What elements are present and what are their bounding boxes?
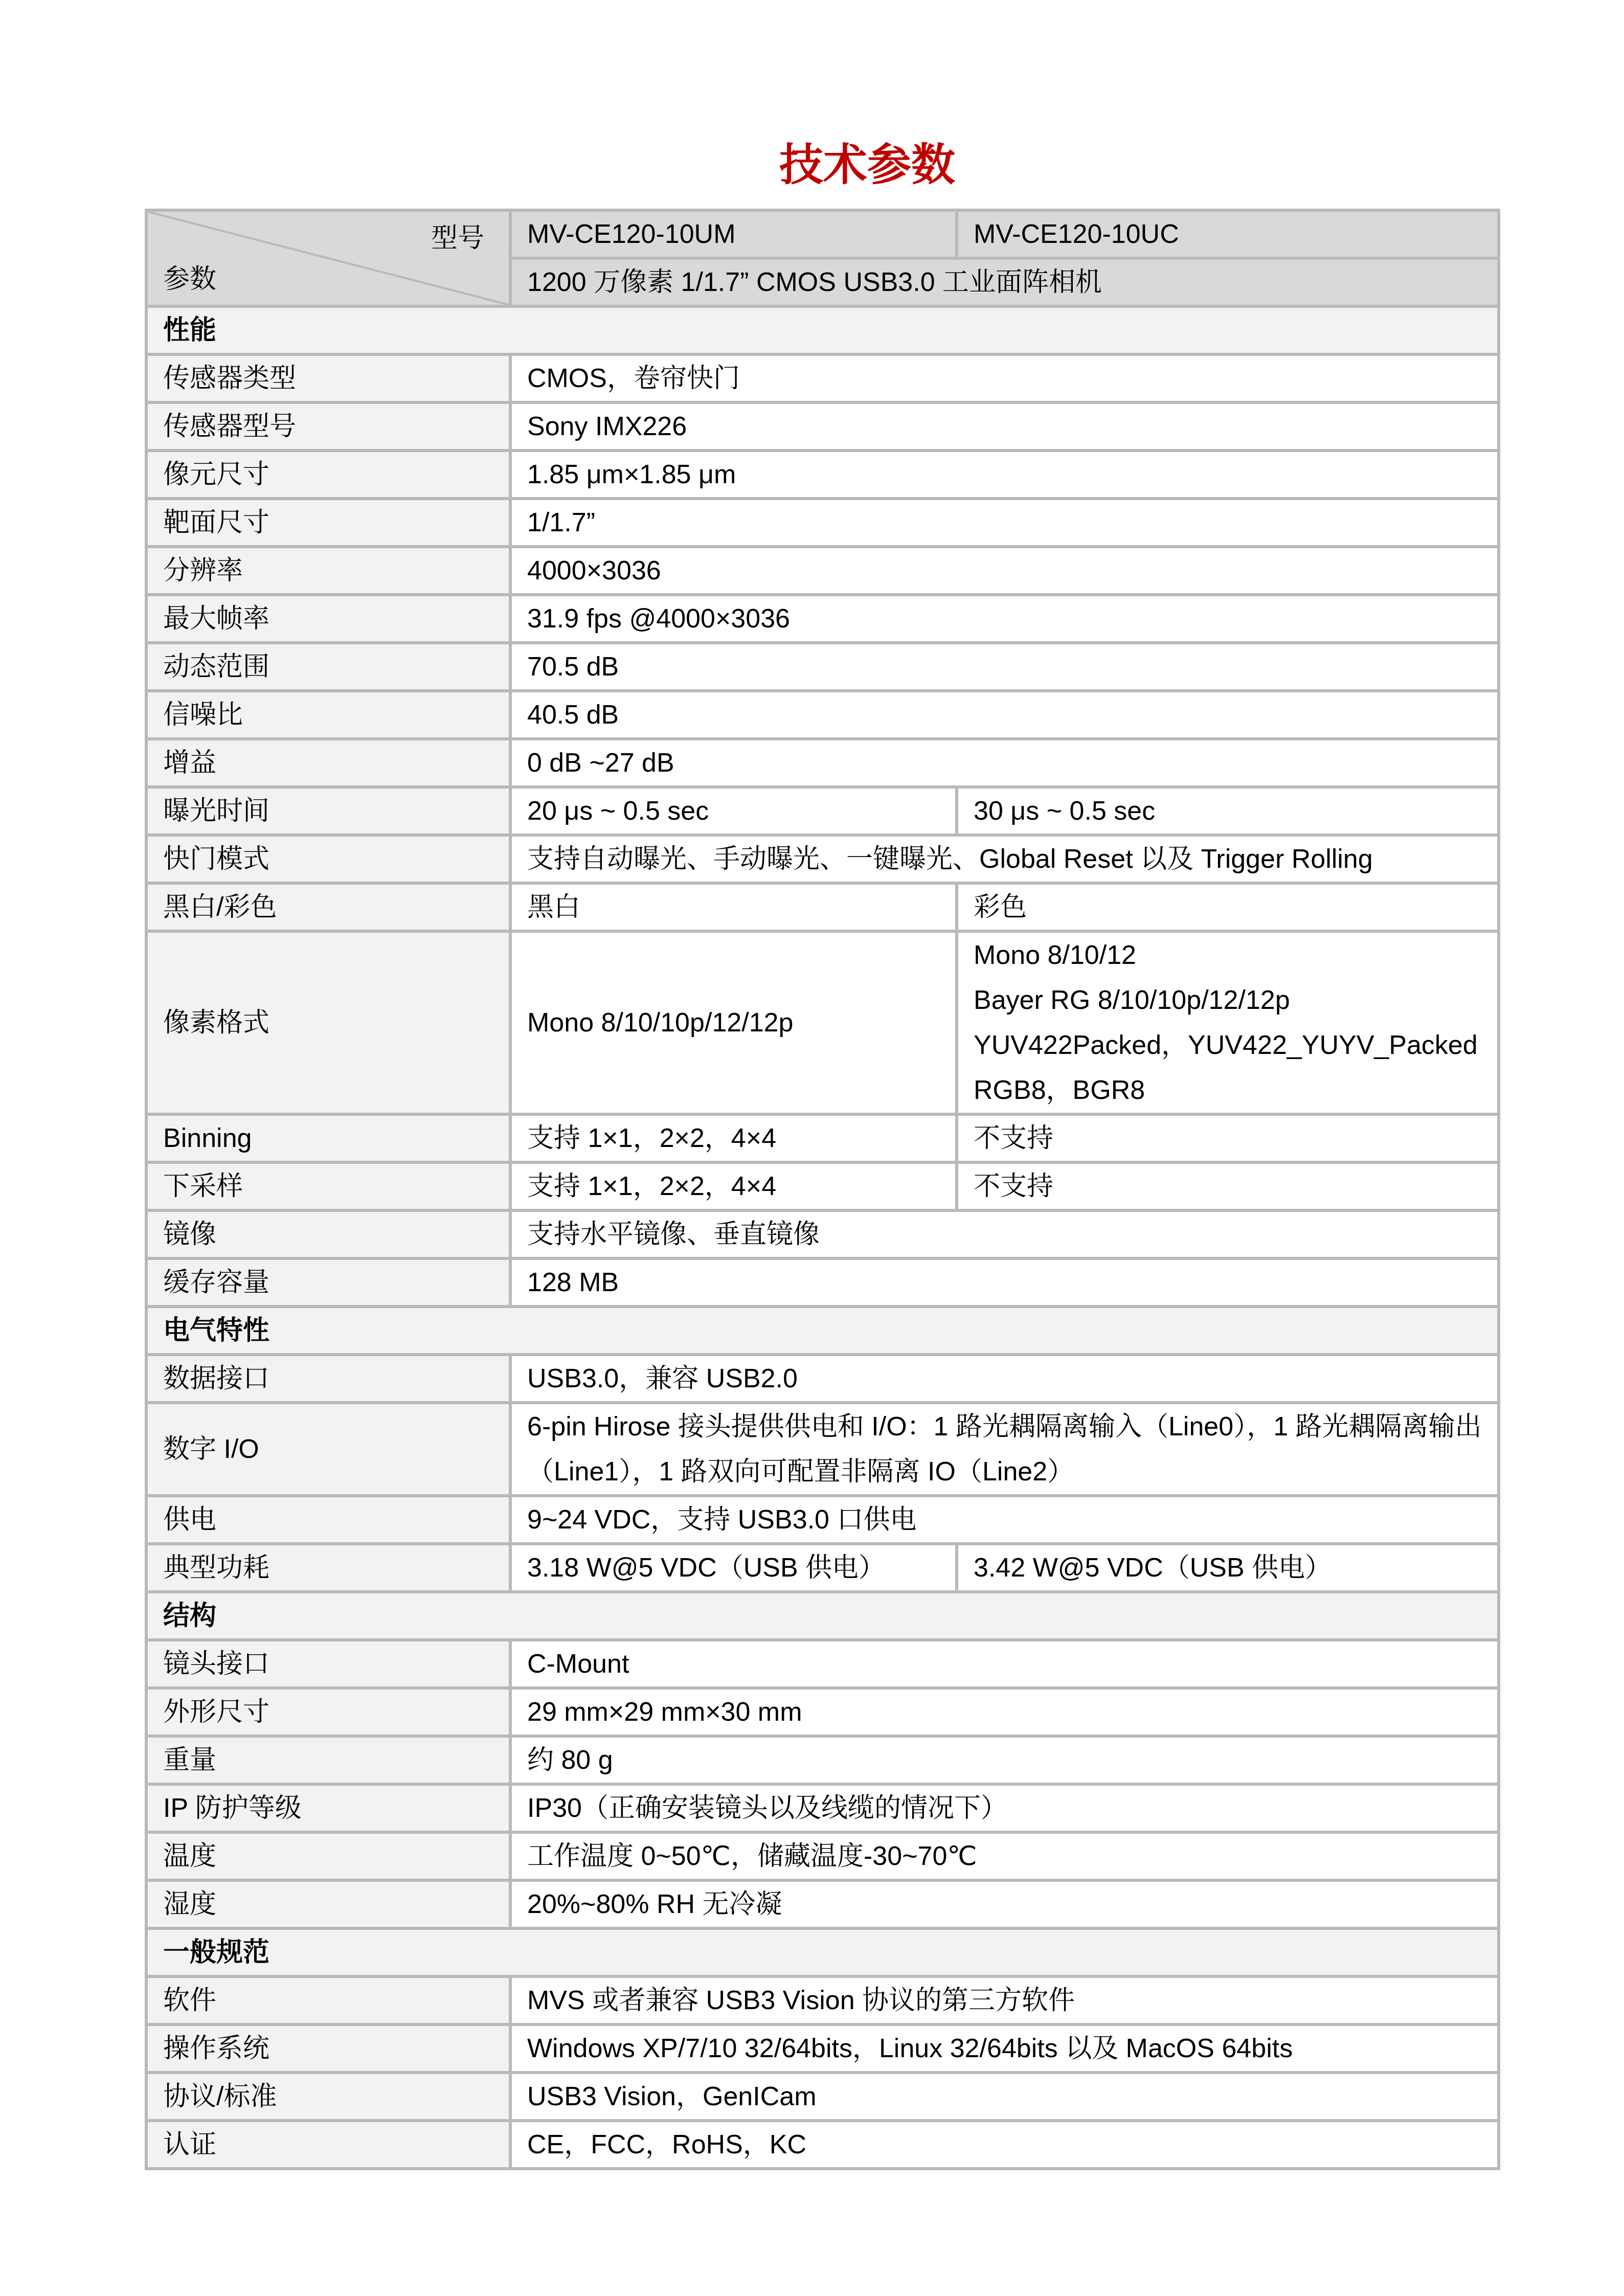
row-label-cell: 镜像	[146, 1210, 510, 1258]
row-value-cell: 支持 1×1，2×2，4×4	[510, 1162, 957, 1210]
row-value-cell: 70.5 dB	[510, 643, 1499, 691]
header-model-uc: MV-CE120-10UC	[957, 210, 1499, 258]
header-corner-cell: 型号 参数	[146, 210, 510, 306]
row-label-cell: 信噪比	[146, 691, 510, 739]
row-value-cell: 6-pin Hirose 接头提供供电和 I/O：1 路光耦隔离输入（Line0…	[510, 1403, 1499, 1496]
row-label-cell: 最大帧率	[146, 595, 510, 643]
row-value-cell: CE，FCC，RoHS，KC	[510, 2121, 1499, 2169]
row-value-cell: IP30（正确安装镜头以及线缆的情况下）	[510, 1784, 1499, 1832]
spec-table: 型号 参数 MV-CE120-10UM MV-CE120-10UC 1200 万…	[145, 209, 1500, 2170]
spec-row: 数据接口USB3.0，兼容 USB2.0	[146, 1355, 1499, 1403]
spec-row: 操作系统Windows XP/7/10 32/64bits，Linux 32/6…	[146, 2024, 1499, 2073]
spec-row: 增益0 dB ~27 dB	[146, 739, 1499, 787]
row-value-cell: USB3.0，兼容 USB2.0	[510, 1355, 1499, 1403]
spec-row: IP 防护等级IP30（正确安装镜头以及线缆的情况下）	[146, 1784, 1499, 1832]
row-value-cell: 29 mm×29 mm×30 mm	[510, 1688, 1499, 1736]
header-description: 1200 万像素 1/1.7” CMOS USB3.0 工业面阵相机	[510, 258, 1499, 306]
section-row: 电气特性	[146, 1307, 1499, 1355]
row-value-cell: 不支持	[957, 1114, 1499, 1162]
page-title: 技术参数	[55, 0, 1624, 187]
row-label-cell: 操作系统	[146, 2024, 510, 2073]
row-label-cell: 温度	[146, 1832, 510, 1880]
spec-row: 重量约 80 g	[146, 1736, 1499, 1784]
spec-row: 下采样支持 1×1，2×2，4×4不支持	[146, 1162, 1499, 1210]
spec-row: 缓存容量128 MB	[146, 1258, 1499, 1307]
row-value-cell: C-Mount	[510, 1640, 1499, 1688]
spec-row: 镜像支持水平镜像、垂直镜像	[146, 1210, 1499, 1258]
spec-row: 黑白/彩色黑白彩色	[146, 883, 1499, 931]
spec-row: 传感器类型CMOS，卷帘快门	[146, 354, 1499, 402]
row-value-cell: 不支持	[957, 1162, 1499, 1210]
spec-row: 像素格式Mono 8/10/10p/12/12pMono 8/10/12 Bay…	[146, 931, 1499, 1114]
row-value-cell: 0 dB ~27 dB	[510, 739, 1499, 787]
row-label-cell: 镜头接口	[146, 1640, 510, 1688]
section-row: 一般规范	[146, 1928, 1499, 1976]
row-label-cell: 缓存容量	[146, 1258, 510, 1307]
spec-row: 靶面尺寸1/1.7”	[146, 499, 1499, 547]
spec-row: 外形尺寸29 mm×29 mm×30 mm	[146, 1688, 1499, 1736]
header-model-um: MV-CE120-10UM	[510, 210, 957, 258]
row-value-cell: 30 μs ~ 0.5 sec	[957, 787, 1499, 835]
row-value-cell: 4000×3036	[510, 547, 1499, 595]
row-value-cell: MVS 或者兼容 USB3 Vision 协议的第三方软件	[510, 1976, 1499, 2024]
spec-row: 动态范围70.5 dB	[146, 643, 1499, 691]
row-value-cell: 9~24 VDC，支持 USB3.0 口供电	[510, 1496, 1499, 1544]
row-value-cell: Mono 8/10/10p/12/12p	[510, 931, 957, 1114]
row-label-cell: 湿度	[146, 1880, 510, 1928]
row-value-cell: 工作温度 0~50℃，储藏温度-30~70℃	[510, 1832, 1499, 1880]
row-value-cell: Sony IMX226	[510, 402, 1499, 451]
row-label-cell: 传感器类型	[146, 354, 510, 402]
row-label-cell: 像元尺寸	[146, 451, 510, 499]
section-header: 性能	[146, 306, 1499, 354]
row-label-cell: 典型功耗	[146, 1544, 510, 1592]
row-label-cell: 传感器型号	[146, 402, 510, 451]
row-label-cell: 供电	[146, 1496, 510, 1544]
row-value-cell: Windows XP/7/10 32/64bits，Linux 32/64bit…	[510, 2024, 1499, 2073]
row-label-cell: Binning	[146, 1114, 510, 1162]
row-value-cell: 128 MB	[510, 1258, 1499, 1307]
row-label-cell: 认证	[146, 2121, 510, 2169]
row-label-cell: 增益	[146, 739, 510, 787]
row-label-cell: 协议/标准	[146, 2073, 510, 2121]
spec-row: 软件MVS 或者兼容 USB3 Vision 协议的第三方软件	[146, 1976, 1499, 2024]
corner-label-parameter: 参数	[163, 261, 216, 298]
row-label-cell: 曝光时间	[146, 787, 510, 835]
row-value-cell: 1/1.7”	[510, 499, 1499, 547]
row-label-cell: 数据接口	[146, 1355, 510, 1403]
spec-row: 协议/标准USB3 Vision，GenICam	[146, 2073, 1499, 2121]
section-row: 性能	[146, 306, 1499, 354]
row-value-cell: USB3 Vision，GenICam	[510, 2073, 1499, 2121]
corner-label-model: 型号	[431, 220, 484, 257]
row-value-cell: 1.85 μm×1.85 μm	[510, 451, 1499, 499]
row-value-cell: 支持水平镜像、垂直镜像	[510, 1210, 1499, 1258]
row-value-cell: Mono 8/10/12 Bayer RG 8/10/10p/12/12p YU…	[957, 931, 1499, 1114]
spec-row: 传感器型号Sony IMX226	[146, 402, 1499, 451]
spec-row: 温度工作温度 0~50℃，储藏温度-30~70℃	[146, 1832, 1499, 1880]
section-row: 结构	[146, 1592, 1499, 1640]
row-value-cell: CMOS，卷帘快门	[510, 354, 1499, 402]
spec-row: 数字 I/O6-pin Hirose 接头提供供电和 I/O：1 路光耦隔离输入…	[146, 1403, 1499, 1496]
spec-row: 分辨率4000×3036	[146, 547, 1499, 595]
section-header: 电气特性	[146, 1307, 1499, 1355]
row-label-cell: 外形尺寸	[146, 1688, 510, 1736]
row-value-cell: 20%~80% RH 无冷凝	[510, 1880, 1499, 1928]
spec-row: 镜头接口C-Mount	[146, 1640, 1499, 1688]
section-header: 一般规范	[146, 1928, 1499, 1976]
spec-row: 曝光时间20 μs ~ 0.5 sec30 μs ~ 0.5 sec	[146, 787, 1499, 835]
row-label-cell: 靶面尺寸	[146, 499, 510, 547]
row-value-cell: 支持自动曝光、手动曝光、一键曝光、Global Reset 以及 Trigger…	[510, 835, 1499, 883]
row-value-cell: 3.42 W@5 VDC（USB 供电）	[957, 1544, 1499, 1592]
spec-row: 认证CE，FCC，RoHS，KC	[146, 2121, 1499, 2169]
spec-row: 供电9~24 VDC，支持 USB3.0 口供电	[146, 1496, 1499, 1544]
row-value-cell: 3.18 W@5 VDC（USB 供电）	[510, 1544, 957, 1592]
row-label-cell: 快门模式	[146, 835, 510, 883]
row-label-cell: 软件	[146, 1976, 510, 2024]
spec-row: Binning支持 1×1，2×2，4×4不支持	[146, 1114, 1499, 1162]
header-model-row: 型号 参数 MV-CE120-10UM MV-CE120-10UC	[146, 210, 1499, 258]
table-header: 型号 参数 MV-CE120-10UM MV-CE120-10UC 1200 万…	[146, 210, 1499, 306]
row-value-cell: 支持 1×1，2×2，4×4	[510, 1114, 957, 1162]
spec-row: 典型功耗3.18 W@5 VDC（USB 供电）3.42 W@5 VDC（USB…	[146, 1544, 1499, 1592]
spec-row: 信噪比40.5 dB	[146, 691, 1499, 739]
spec-row: 湿度20%~80% RH 无冷凝	[146, 1880, 1499, 1928]
row-value-cell: 彩色	[957, 883, 1499, 931]
table-body: 性能传感器类型CMOS，卷帘快门传感器型号Sony IMX226像元尺寸1.85…	[146, 306, 1499, 2169]
row-label-cell: 数字 I/O	[146, 1403, 510, 1496]
row-label-cell: IP 防护等级	[146, 1784, 510, 1832]
row-label-cell: 黑白/彩色	[146, 883, 510, 931]
spec-row: 最大帧率31.9 fps @4000×3036	[146, 595, 1499, 643]
section-header: 结构	[146, 1592, 1499, 1640]
row-label-cell: 分辨率	[146, 547, 510, 595]
row-label-cell: 下采样	[146, 1162, 510, 1210]
row-value-cell: 40.5 dB	[510, 691, 1499, 739]
row-value-cell: 约 80 g	[510, 1736, 1499, 1784]
spec-row: 像元尺寸1.85 μm×1.85 μm	[146, 451, 1499, 499]
spec-row: 快门模式支持自动曝光、手动曝光、一键曝光、Global Reset 以及 Tri…	[146, 835, 1499, 883]
row-value-cell: 20 μs ~ 0.5 sec	[510, 787, 957, 835]
row-value-cell: 31.9 fps @4000×3036	[510, 595, 1499, 643]
document-page: 技术参数 型号 参数 MV-CE120-10UM MV-CE120-10UC 1…	[0, 0, 1624, 2296]
row-label-cell: 重量	[146, 1736, 510, 1784]
row-label-cell: 像素格式	[146, 931, 510, 1114]
row-label-cell: 动态范围	[146, 643, 510, 691]
row-value-cell: 黑白	[510, 883, 957, 931]
